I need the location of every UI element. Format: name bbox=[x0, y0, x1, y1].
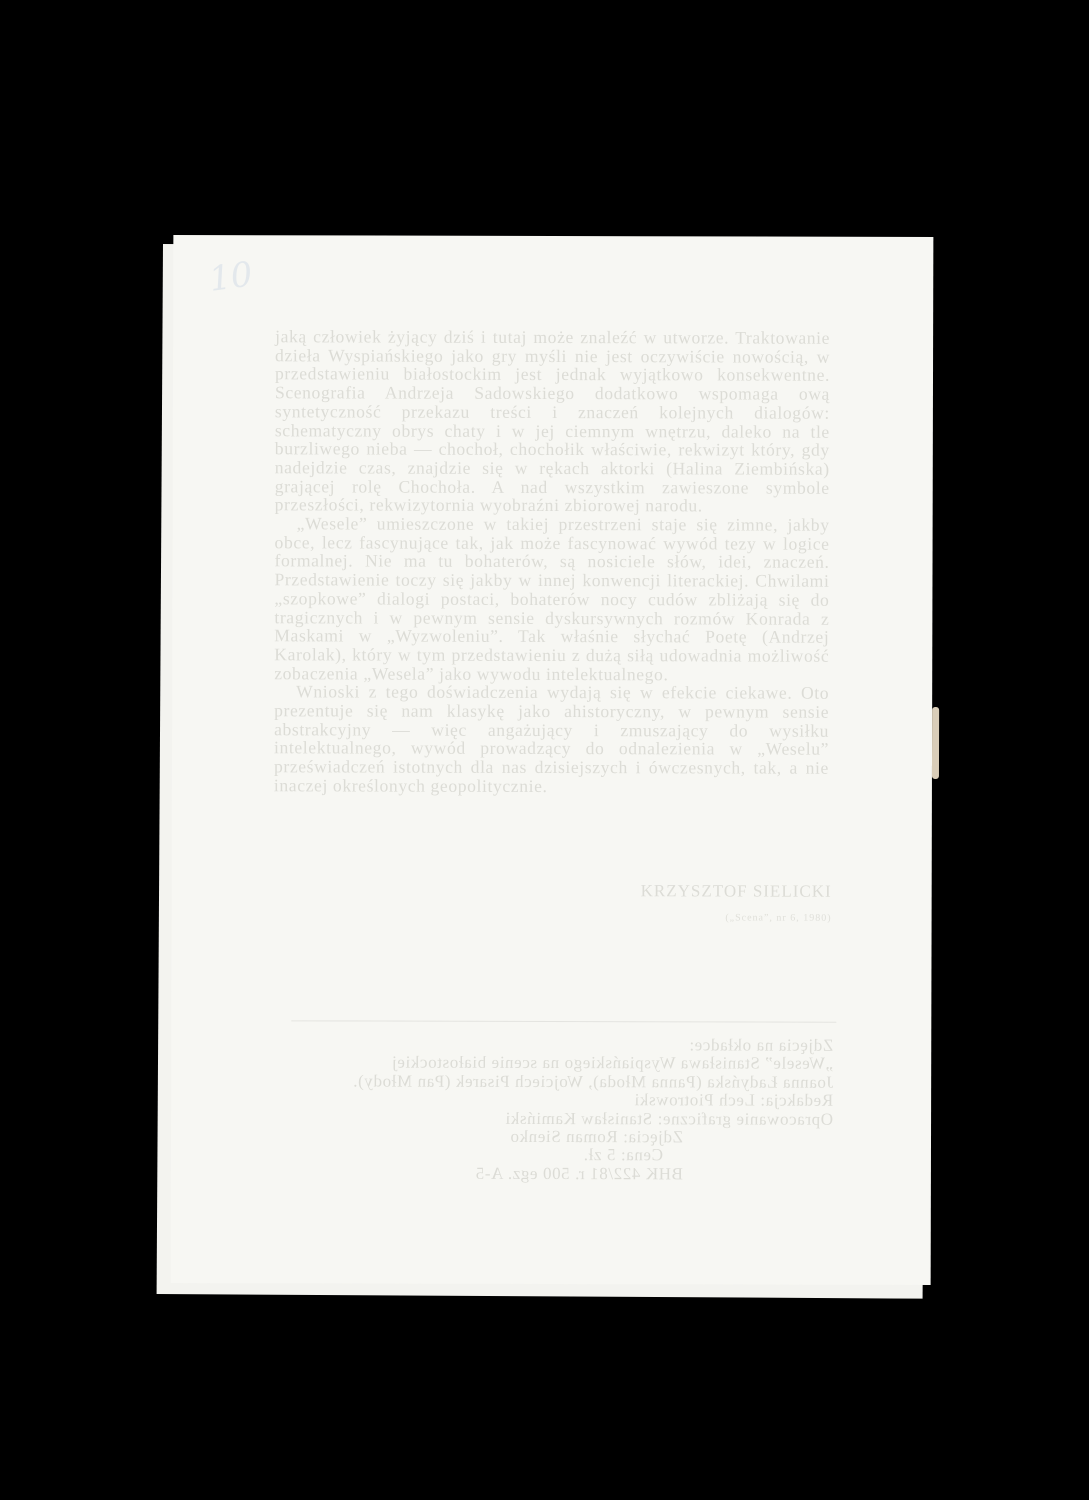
article-body: jaką człowiek żyjący dziś i tutaj może z… bbox=[274, 327, 830, 796]
colophon-line: Zdjęcia: Roman Sienko bbox=[271, 1127, 833, 1147]
colophon-line: Cena: 5 zł. bbox=[271, 1146, 833, 1166]
colophon-line: Zdjęcia na okładce: bbox=[271, 1035, 833, 1055]
paragraph: jaką człowiek żyjący dziś i tutaj może z… bbox=[275, 327, 830, 515]
colophon-mirrored: Zdjęcia na okładce: „Wesele” Stanisława … bbox=[271, 1035, 833, 1184]
paragraph: „Wesele” umieszczone w takiej przestrzen… bbox=[274, 514, 829, 684]
colophon-line: Joanna Ładyńska (Panna Młoda), Wojciech … bbox=[271, 1072, 833, 1092]
colophon-line: Redakcja: Lech Piotrowski bbox=[271, 1090, 833, 1110]
document-page: 10 jaką człowiek żyjący dziś i tutaj moż… bbox=[171, 235, 934, 1285]
colophon-line: BHK 422/81 r. 500 egz. A-5 bbox=[271, 1164, 833, 1184]
paragraph: Wnioski z tego doświadczenia wydają się … bbox=[274, 683, 829, 797]
paper-tear bbox=[932, 707, 939, 779]
handwritten-page-number: 10 bbox=[207, 254, 255, 300]
author-signature: KRZYSZTOF SIELICKI bbox=[592, 881, 832, 902]
source-citation: („Scena”, nr 6, 1980) bbox=[592, 912, 832, 924]
colophon-line: Opracowanie graficzne: Stanisław Kamińsk… bbox=[271, 1109, 833, 1129]
divider bbox=[291, 1020, 836, 1022]
